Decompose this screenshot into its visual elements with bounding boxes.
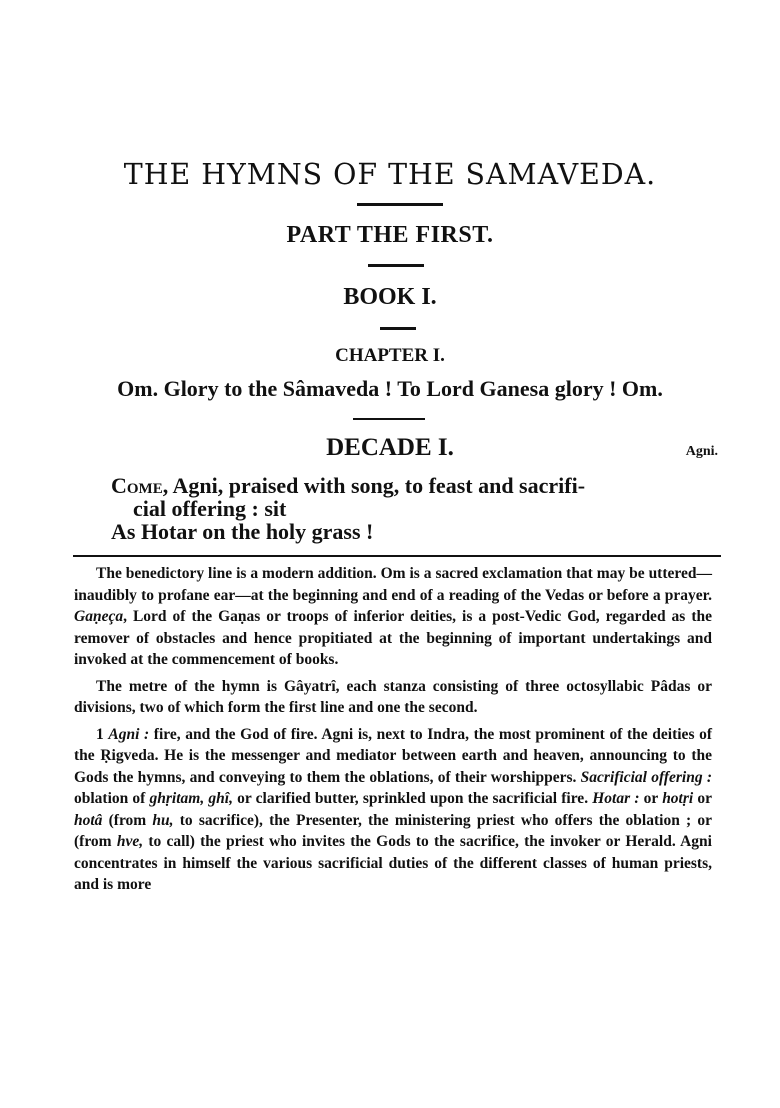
notes-separator: [73, 555, 721, 557]
note-term: Hotar :: [592, 790, 639, 807]
main-title: THE HYMNS OF THE SAMAVEDA.: [8, 157, 772, 191]
footnotes: The benedictory line is a modern additio…: [74, 563, 712, 901]
note-text: to call) the priest who invites the Gods…: [74, 833, 712, 893]
book-title: BOOK I.: [0, 284, 780, 311]
deity-label: Agni.: [686, 444, 718, 460]
verse-first-word: Come: [111, 473, 163, 498]
note-text: or: [639, 790, 662, 807]
decade-title: DECADE I.: [0, 434, 780, 462]
note-paragraph-metre: The metre of the hymn is Gâyatrî, each s…: [74, 676, 712, 719]
note-term: hotâ: [74, 812, 102, 829]
note-text: The metre of the hymn is Gâyatrî, each s…: [74, 678, 712, 717]
note-term: hu,: [152, 812, 173, 829]
verse-line-3: As Hotar on the holy grass !: [111, 520, 723, 543]
book-divider: [380, 327, 416, 330]
note-term: hotṛi: [662, 790, 693, 807]
note-paragraph-benediction: The benedictory line is a modern additio…: [74, 563, 712, 671]
verse-stanza: Come, Agni, praised with song, to feast …: [111, 474, 723, 543]
note-text: or: [693, 790, 712, 807]
invocation-divider: [353, 418, 425, 420]
part-title: PART THE FIRST.: [0, 222, 780, 249]
note-number: 1: [96, 726, 108, 743]
note-text: or clarified butter, sprinkled upon the …: [233, 790, 592, 807]
note-term: Sacrificial offering :: [581, 769, 712, 786]
note-term: Gaṇeça: [74, 608, 123, 625]
verse-line-1-text: , Agni, praised with song, to feast and …: [163, 473, 585, 498]
note-text: The benedictory line is a modern additio…: [74, 565, 712, 604]
title-divider: [357, 203, 443, 206]
note-paragraph-verse-1: 1 Agni : fire, and the God of fire. Agni…: [74, 724, 712, 896]
verse-line-1: Come, Agni, praised with song, to feast …: [111, 474, 723, 497]
chapter-title: CHAPTER I.: [0, 345, 780, 367]
part-divider: [368, 264, 424, 267]
note-text: , Lord of the Gaṇas or troops of inferio…: [74, 608, 712, 668]
note-term: Agni :: [108, 726, 149, 743]
invocation-line: Om. Glory to the Sâmaveda ! To Lord Gane…: [0, 376, 780, 402]
note-term: hve,: [117, 833, 143, 850]
note-term: ghṛitam, ghî,: [150, 790, 233, 807]
note-text: oblation of: [74, 790, 150, 807]
book-page: THE HYMNS OF THE SAMAVEDA. PART THE FIRS…: [0, 0, 780, 1108]
note-text: (from: [102, 812, 152, 829]
verse-line-2: cial offering : sit: [111, 497, 723, 520]
